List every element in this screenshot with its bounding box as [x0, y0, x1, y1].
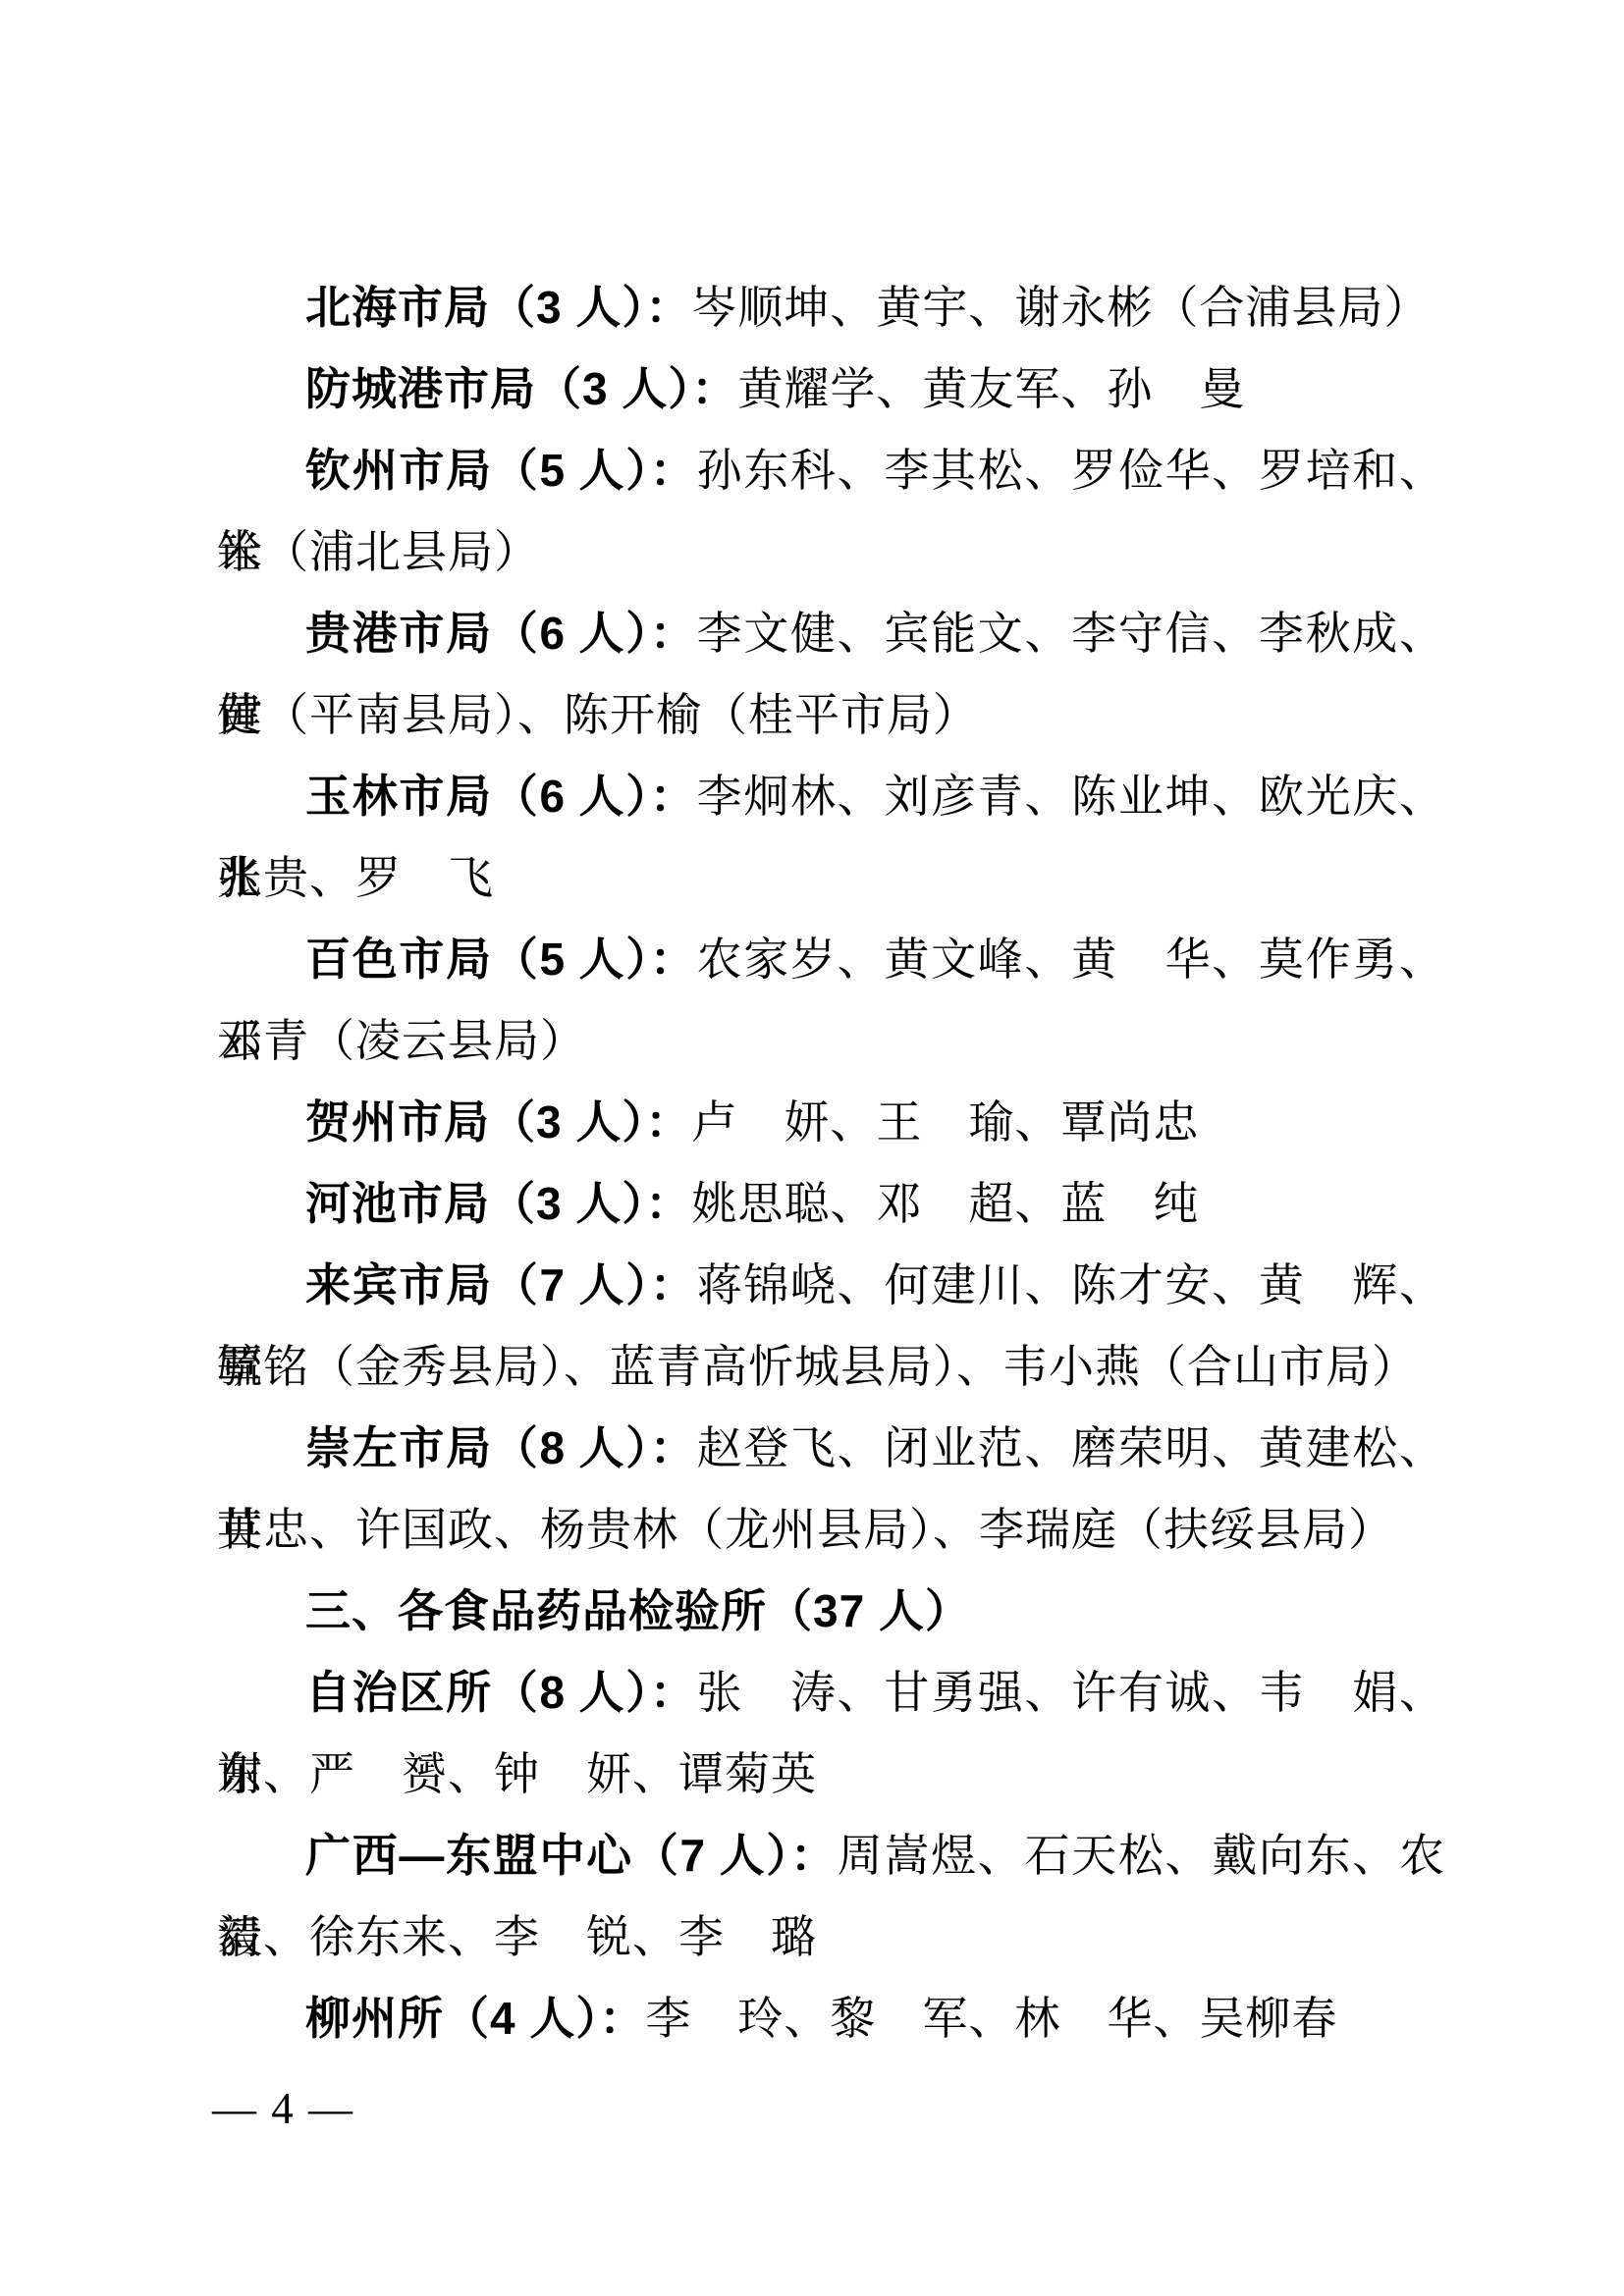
text-line: 云青（凌云县局） [217, 1000, 1444, 1082]
names-text: 云青（凌云县局） [217, 1016, 586, 1066]
bureau-heading: 防城港市局（3 人）： [305, 363, 737, 414]
text-line: 铨（浦北县局） [217, 511, 1444, 593]
text-line: 北海市局（3 人）：岑顺坤、黄宇、谢永彬（合浦县局） [217, 267, 1444, 348]
page-number: — 4 — [212, 2084, 354, 2133]
names-text: 英忠、许国政、杨贵林（龙州县局）、李瑞庭（扶绥县局） [217, 1505, 1394, 1555]
text-line: 健（平南县局）、陈开榆（桂平市局） [217, 674, 1444, 756]
bureau-heading: 柳州所（4 人）： [305, 1993, 645, 2044]
bureau-heading: 崇左市局（8 人）： [305, 1422, 697, 1473]
names-text: 兆贵、罗 飞 [217, 853, 494, 903]
bureau-heading: 广西—东盟中心（7 人）： [305, 1830, 838, 1881]
names-text: 岑顺坤、黄宇、谢永彬（合浦县局） [691, 283, 1430, 333]
names-text: 李 玲、黎 军、林 华、吴柳春 [645, 1994, 1337, 2044]
names-text: 卢 妍、王 瑜、覃尚忠 [691, 1097, 1199, 1148]
names-text: 东、严 赟、钟 妍、谭菊英 [217, 1749, 817, 1799]
text-line: 三、各食品药品检验所（37 人） [217, 1571, 1444, 1652]
document-body: 北海市局（3 人）：岑顺坤、黄宇、谢永彬（合浦县局）防城港市局（3 人）：黄耀学… [217, 267, 1444, 2059]
names-text: 黄耀学、黄友军、孙 曼 [737, 364, 1245, 414]
names-text: 铨（浦北县局） [217, 527, 540, 577]
bureau-heading: 河池市局（3 人）： [305, 1178, 691, 1229]
text-line: 崇左市局（8 人）：赵登飞、闭业范、磨荣明、黄建松、甘 [217, 1408, 1444, 1489]
bureau-heading: 玉林市局（6 人）： [305, 771, 697, 822]
bureau-heading: 贵港市局（6 人）： [305, 608, 697, 659]
bureau-heading: 北海市局（3 人）： [305, 282, 691, 333]
text-line: 贺州市局（3 人）：卢 妍、王 瑜、覃尚忠 [217, 1082, 1444, 1163]
bureau-heading: 三、各食品药品检验所（37 人） [305, 1585, 971, 1636]
text-line: 英忠、许国政、杨贵林（龙州县局）、李瑞庭（扶绥县局） [217, 1489, 1444, 1571]
text-line: 柳州所（4 人）：李 玲、黎 军、林 华、吴柳春 [217, 1978, 1444, 2059]
text-line: 东、严 赟、钟 妍、谭菊英 [217, 1734, 1444, 1815]
text-line: 玉林市局（6 人）：李炯林、刘彦青、陈业坤、欧光庆、张 [217, 756, 1444, 837]
text-line: 来宾市局（7 人）：蒋锦峣、何建川、陈才安、黄 辉、覃 [217, 1245, 1444, 1326]
text-line: 百色市局（5 人）：农家岁、黄文峰、黄 华、莫作勇、邓 [217, 919, 1444, 1000]
text-line: 自治区所（8 人）：张 涛、甘勇强、许有诚、韦 娟、谢 [217, 1652, 1444, 1734]
text-line: 广西—东盟中心（7 人）：周嵩煜、石天松、戴向东、农毅 [217, 1815, 1444, 1896]
text-line: 贵港市局（6 人）：李文健、宾能文、李守信、李秋成、黄 [217, 593, 1444, 674]
text-line: 防城港市局（3 人）：黄耀学、黄友军、孙 曼 [217, 348, 1444, 430]
names-text: 健（平南县局）、陈开榆（桂平市局） [217, 690, 979, 740]
document-page: 北海市局（3 人）：岑顺坤、黄宇、谢永彬（合浦县局）防城港市局（3 人）：黄耀学… [0, 0, 1624, 2296]
names-text: 姚思聪、邓 超、蓝 纯 [691, 1179, 1199, 1229]
text-line: 兆贵、罗 飞 [217, 837, 1444, 919]
text-line: 河池市局（3 人）：姚思聪、邓 超、蓝 纯 [217, 1163, 1444, 1245]
names-text: 清、徐东来、李 锐、李 璐 [217, 1912, 817, 1962]
names-text: 毓铭（金秀县局）、蓝青高忻城县局）、韦小燕（合山市局） [217, 1342, 1418, 1392]
text-line: 清、徐东来、李 锐、李 璐 [217, 1896, 1444, 1978]
bureau-heading: 贺州市局（3 人）： [305, 1096, 691, 1148]
bureau-heading: 百色市局（5 人）： [305, 934, 697, 985]
text-line: 钦州市局（5 人）：孙东科、李其松、罗俭华、罗培和、米 [217, 430, 1444, 511]
bureau-heading: 来宾市局（7 人）： [305, 1259, 697, 1310]
text-line: 毓铭（金秀县局）、蓝青高忻城县局）、韦小燕（合山市局） [217, 1326, 1444, 1408]
bureau-heading: 钦州市局（5 人）： [305, 445, 697, 496]
bureau-heading: 自治区所（8 人）： [305, 1667, 697, 1718]
